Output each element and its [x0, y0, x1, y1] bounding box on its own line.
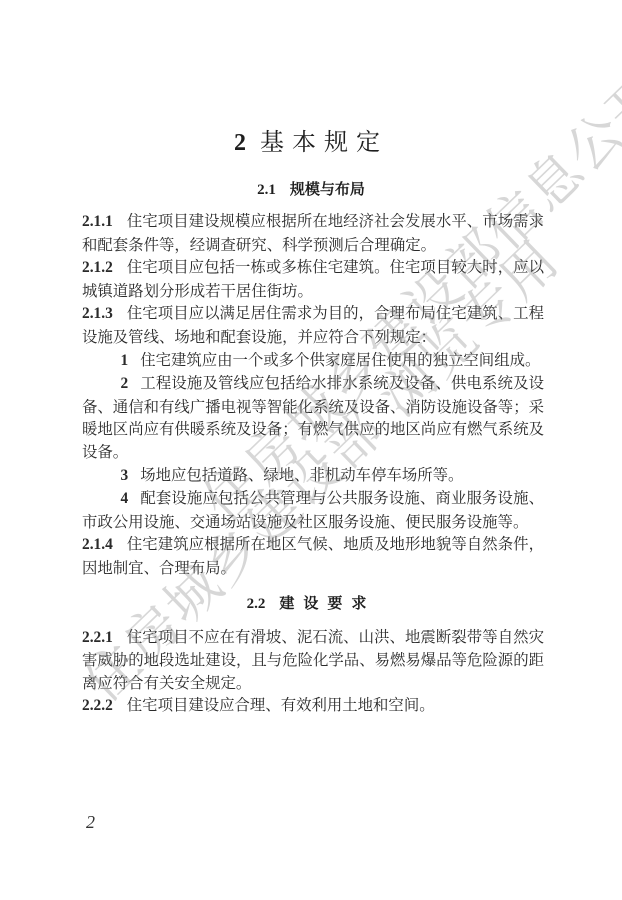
- chapter-number: 2: [234, 130, 246, 156]
- item-text: 配套设施应包括公共管理与公共服务设施、商业服务设施、市政公用设施、交通场站设施及…: [82, 489, 544, 531]
- clause-2-1-4: 2.1.4住宅建筑应根据所在地区气候、地质及地形地貌等自然条件，因地制宜、合理布…: [82, 533, 544, 579]
- section-gap: 2.2建设要求: [82, 580, 544, 626]
- clause-2-1-3-item-1: 1住宅建筑应由一个或多个供家庭居住使用的独立空间组成。: [82, 349, 544, 373]
- item-number: 1: [121, 352, 129, 369]
- clause-2-2-1: 2.2.1住宅项目不应在有滑坡、泥石流、山洪、地震断裂带等自然灾害威胁的地段选址…: [82, 626, 544, 695]
- chapter-title-text: 基本规定: [260, 128, 388, 156]
- clause-text: 住宅项目建设规模应根据所在地经济社会发展水平、市场需求和配套条件等，经调查研究、…: [82, 212, 544, 254]
- section-number: 2.1: [257, 182, 276, 198]
- section-title: 建设要求: [279, 594, 375, 612]
- item-number: 2: [121, 375, 129, 392]
- clause-2-1-1: 2.1.1住宅项目建设规模应根据所在地经济社会发展水平、市场需求和配套条件等，经…: [82, 210, 544, 256]
- document-body: 2.1.1住宅项目建设规模应根据所在地经济社会发展水平、市场需求和配套条件等，经…: [82, 210, 544, 718]
- clause-2-1-3-item-2: 2工程设施及管线应包括给水排水系统及设备、供电系统及设备、通信和有线广播电视等智…: [82, 372, 544, 463]
- clause-2-1-3-item-3: 3场地应包括道路、绿地、非机动车停车场所等。: [82, 464, 544, 488]
- item-number: 3: [121, 467, 129, 484]
- section-number: 2.2: [247, 596, 266, 612]
- clause-2-2-2: 2.2.2住宅项目建设应合理、有效利用土地和空间。: [82, 694, 544, 718]
- page-number: 2: [86, 812, 95, 833]
- chapter-title: 2基本规定: [0, 122, 622, 157]
- clause-2-1-2: 2.1.2住宅项目应包括一栋或多栋住宅建筑。住宅项目较大时，应以城镇道路划分形成…: [82, 256, 544, 302]
- section-heading-2-1: 2.1规模与布局: [0, 178, 622, 199]
- document-page: 2基本规定 2.1规模与布局 2.1.1住宅项目建设规模应根据所在地经济社会发展…: [0, 0, 622, 900]
- clause-text: 住宅项目应以满足居住需求为目的，合理布局住宅建筑、工程设施及管线、场地和配套设施…: [82, 304, 544, 346]
- clause-text: 住宅项目应包括一栋或多栋住宅建筑。住宅项目较大时，应以城镇道路划分形成若干居住街…: [82, 258, 544, 300]
- clause-number: 2.1.2: [82, 259, 113, 276]
- clause-2-1-3: 2.1.3住宅项目应以满足居住需求为目的，合理布局住宅建筑、工程设施及管线、场地…: [82, 302, 544, 348]
- section-title: 规模与布局: [290, 180, 365, 198]
- clause-text: 住宅项目不应在有滑坡、泥石流、山洪、地震断裂带等自然灾害威胁的地段选址建设，且与…: [82, 628, 544, 692]
- item-text: 场地应包括道路、绿地、非机动车停车场所等。: [140, 466, 463, 484]
- clause-number: 2.2.1: [82, 629, 113, 646]
- section-heading-2-2: 2.2建设要求: [0, 592, 622, 616]
- clause-text: 住宅项目建设应合理、有效利用土地和空间。: [127, 696, 435, 714]
- clause-number: 2.1.4: [82, 536, 113, 553]
- clause-number: 2.1.3: [82, 305, 113, 322]
- clause-text: 住宅建筑应根据所在地区气候、地质及地形地貌等自然条件，因地制宜、合理布局。: [82, 535, 544, 577]
- item-text: 工程设施及管线应包括给水排水系统及设备、供电系统及设备、通信和有线广播电视等智能…: [82, 374, 544, 461]
- clause-2-1-3-item-4: 4配套设施应包括公共管理与公共服务设施、商业服务设施、市政公用设施、交通场站设施…: [82, 487, 544, 533]
- item-text: 住宅建筑应由一个或多个供家庭居住使用的独立空间组成。: [140, 351, 540, 369]
- clause-number: 2.1.1: [82, 213, 113, 230]
- clause-number: 2.2.2: [82, 697, 113, 714]
- item-number: 4: [121, 490, 129, 507]
